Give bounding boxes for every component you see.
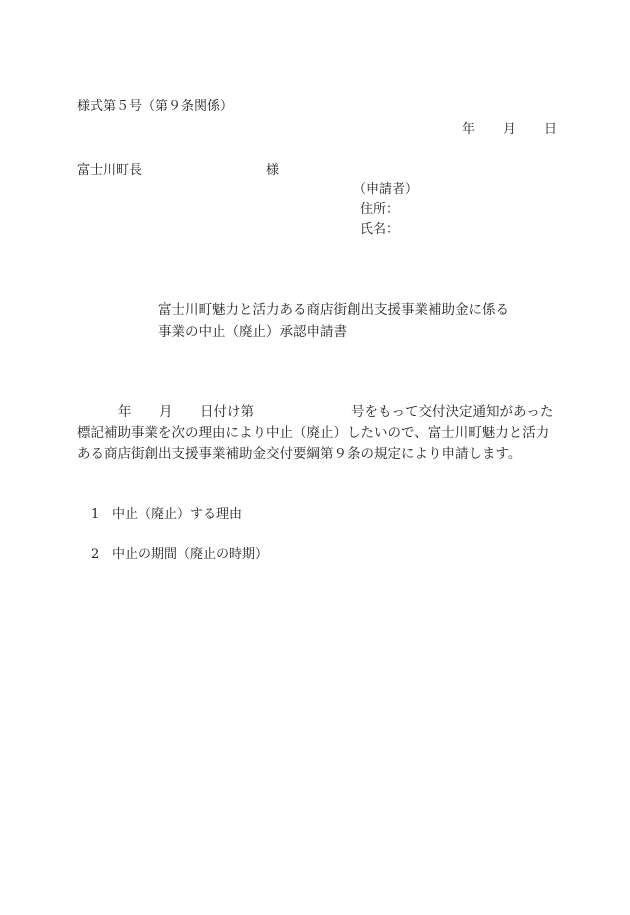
applicant-name-label: 氏名： [360, 221, 399, 238]
body-year-label: 年 [118, 402, 132, 423]
title-line-1: 富士川町魅力と活力ある商店街創出支援事業補助金に係る [158, 302, 509, 319]
title-line-2: 事業の中止（廃止）承認申請書 [158, 324, 347, 341]
date-year-label: 年 [462, 121, 475, 138]
applicant-label: （申請者） [353, 181, 418, 198]
form-number: 様式第５号（第９条関係） [77, 98, 233, 115]
body-line-3: ある商店街創出支援事業補助金交付要綱第９条の規定により申請します。 [77, 444, 557, 465]
addressee-name: 富士川町長 [77, 162, 142, 179]
applicant-address-label: 住所： [360, 201, 399, 218]
item-label: 中止の期間（廃止の時期） [112, 546, 268, 563]
body-month-label: 月 [159, 402, 173, 423]
body-line-1-rest: 号をもって交付決定通知があった [351, 402, 553, 423]
date-day-label: 日 [544, 121, 557, 138]
item-number: 2 [91, 546, 99, 563]
item-number: 1 [91, 506, 99, 523]
body-day-number-label: 日付け第 [200, 402, 254, 423]
date-month-label: 月 [503, 121, 516, 138]
item-label: 中止（廃止）する理由 [112, 506, 242, 523]
addressee-honorific: 様 [266, 162, 279, 179]
body-line-2: 標記補助事業を次の理由により中止（廃止）したいので、富士川町魅力と活力 [77, 423, 557, 444]
